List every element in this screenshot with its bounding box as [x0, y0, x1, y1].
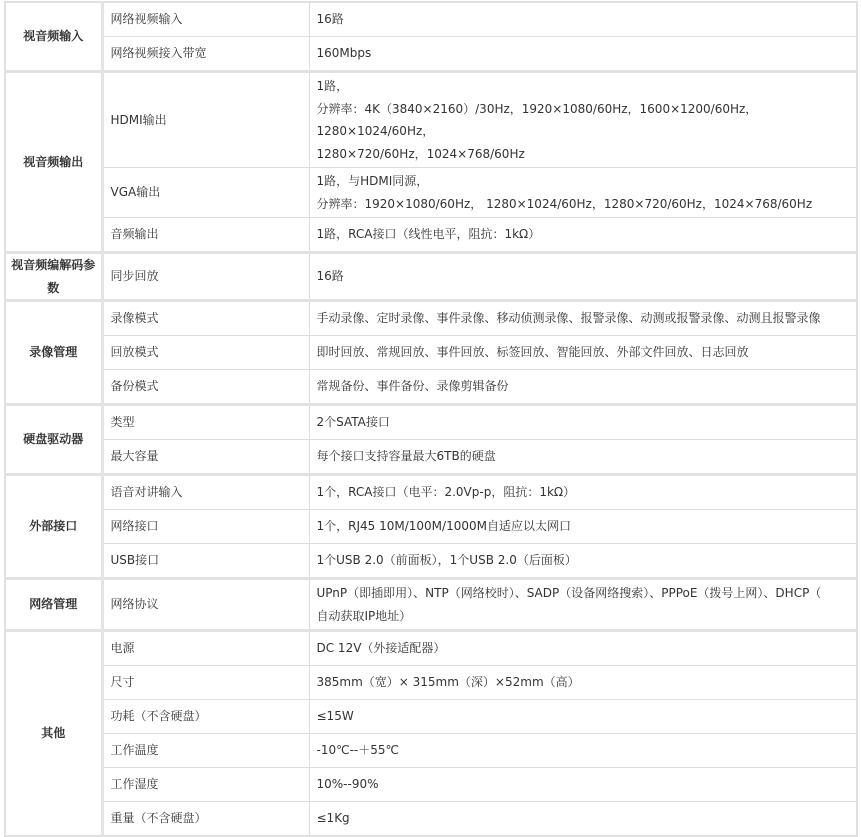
value-playback-mode: 即时回放、常规回放、事件回放、标签回放、智能回放、外部文件回放、日志回放 [309, 336, 857, 370]
value-network-video-input: 16路 [309, 2, 857, 37]
table-row: 外部接口 语音对讲输入 1个，RCA接口（电平：2.0Vp-p，阻抗：1kΩ） [5, 475, 857, 510]
group-label-network-mgmt: 网络管理 [5, 579, 102, 631]
value-intercom-input: 1个，RCA接口（电平：2.0Vp-p，阻抗：1kΩ） [309, 475, 857, 510]
table-row: 录像管理 录像模式 手动录像、定时录像、事件录像、移动侦测录像、报警录像、动测或… [5, 301, 857, 336]
value-max-capacity: 每个接口支持容量最大6TB的硬盘 [309, 440, 857, 475]
group-label-av-output: 视音频输出 [5, 72, 102, 253]
param-recording-mode: 录像模式 [102, 301, 309, 336]
table-row: 工作温度 -10℃--＋55℃ [5, 734, 857, 741]
value-network-bandwidth: 160Mbps [309, 37, 857, 72]
value-power-consumption: ≤15W [309, 700, 857, 734]
param-network-interface: 网络接口 [102, 510, 309, 544]
param-power: 电源 [102, 631, 309, 666]
table-row: 网络视频接入带宽 160Mbps [5, 37, 857, 72]
param-network-bandwidth: 网络视频接入带宽 [102, 37, 309, 72]
value-operating-temperature: -10℃--＋55℃ [309, 734, 857, 741]
param-network-protocol: 网络协议 [102, 579, 309, 631]
table-row: 音频输出 1路，RCA接口（线性电平，阻抗：1kΩ） [5, 218, 857, 253]
table-row: 视音频输入 网络视频输入 16路 [5, 2, 857, 37]
table-row: 功耗（不含硬盘） ≤15W [5, 700, 857, 734]
param-hdd-type: 类型 [102, 405, 309, 440]
value-usb-interface: 1个USB 2.0（前面板），1个USB 2.0（后面板） [309, 544, 857, 579]
param-operating-temperature: 工作温度 [102, 734, 309, 741]
table-row: USB接口 1个USB 2.0（前面板），1个USB 2.0（后面板） [5, 544, 857, 579]
value-recording-mode: 手动录像、定时录像、事件录像、移动侦测录像、报警录像、动测或报警录像、动测且报警… [309, 301, 857, 336]
table-row: 最大容量 每个接口支持容量最大6TB的硬盘 [5, 440, 857, 475]
param-dimensions: 尺寸 [102, 666, 309, 700]
table-row: 视音频输出 HDMI输出 1路， 分辨率：4K（3840×2160）/30Hz，… [5, 72, 857, 168]
value-network-interface: 1个，RJ45 10M/100M/1000M自适应以太网口 [309, 510, 857, 544]
group-label-av-input: 视音频输入 [5, 2, 102, 72]
param-hdmi-output: HDMI输出 [102, 72, 309, 168]
value-hdd-type: 2个SATA接口 [309, 405, 857, 440]
table-row: 其他 电源 DC 12V（外接适配器） [5, 631, 857, 666]
value-network-protocol: UPnP（即插即用）、NTP（网络校时）、SADP（设备网络搜索）、PPPoE（… [309, 579, 857, 631]
table-row: 网络管理 网络协议 UPnP（即插即用）、NTP（网络校时）、SADP（设备网络… [5, 579, 857, 631]
table-row: 回放模式 即时回放、常规回放、事件回放、标签回放、智能回放、外部文件回放、日志回… [5, 336, 857, 370]
table-row: 硬盘驱动器 类型 2个SATA接口 [5, 405, 857, 440]
group-label-codec-params: 视音频编解码参数 [5, 253, 102, 301]
param-intercom-input: 语音对讲输入 [102, 475, 309, 510]
value-sync-playback: 16路 [309, 253, 857, 301]
group-label-other: 其他 [5, 631, 102, 741]
param-usb-interface: USB接口 [102, 544, 309, 579]
value-dimensions: 385mm（宽）× 315mm（深）×52mm（高） [309, 666, 857, 700]
value-backup-mode: 常规备份、事件备份、录像剪辑备份 [309, 370, 857, 405]
group-label-recording-mgmt: 录像管理 [5, 301, 102, 405]
param-vga-output: VGA输出 [102, 168, 309, 218]
value-vga-output: 1路，与HDMI同源， 分辨率：1920×1080/60Hz， 1280×102… [309, 168, 857, 218]
value-hdmi-output: 1路， 分辨率：4K（3840×2160）/30Hz，1920×1080/60H… [309, 72, 857, 168]
spec-table: 视音频输入 网络视频输入 16路 网络视频接入带宽 160Mbps 视音频输出 … [4, 1, 858, 740]
value-power: DC 12V（外接适配器） [309, 631, 857, 666]
table-row: 网络接口 1个，RJ45 10M/100M/1000M自适应以太网口 [5, 510, 857, 544]
group-label-hdd: 硬盘驱动器 [5, 405, 102, 475]
param-sync-playback: 同步回放 [102, 253, 309, 301]
value-audio-output: 1路，RCA接口（线性电平，阻抗：1kΩ） [309, 218, 857, 253]
param-playback-mode: 回放模式 [102, 336, 309, 370]
param-audio-output: 音频输出 [102, 218, 309, 253]
param-max-capacity: 最大容量 [102, 440, 309, 475]
param-backup-mode: 备份模式 [102, 370, 309, 405]
param-power-consumption: 功耗（不含硬盘） [102, 700, 309, 734]
param-network-video-input: 网络视频输入 [102, 2, 309, 37]
table-row: VGA输出 1路，与HDMI同源， 分辨率：1920×1080/60Hz， 12… [5, 168, 857, 218]
table-row: 视音频编解码参数 同步回放 16路 [5, 253, 857, 301]
table-row: 尺寸 385mm（宽）× 315mm（深）×52mm（高） [5, 666, 857, 700]
table-row: 备份模式 常规备份、事件备份、录像剪辑备份 [5, 370, 857, 405]
group-label-external-interfaces: 外部接口 [5, 475, 102, 579]
